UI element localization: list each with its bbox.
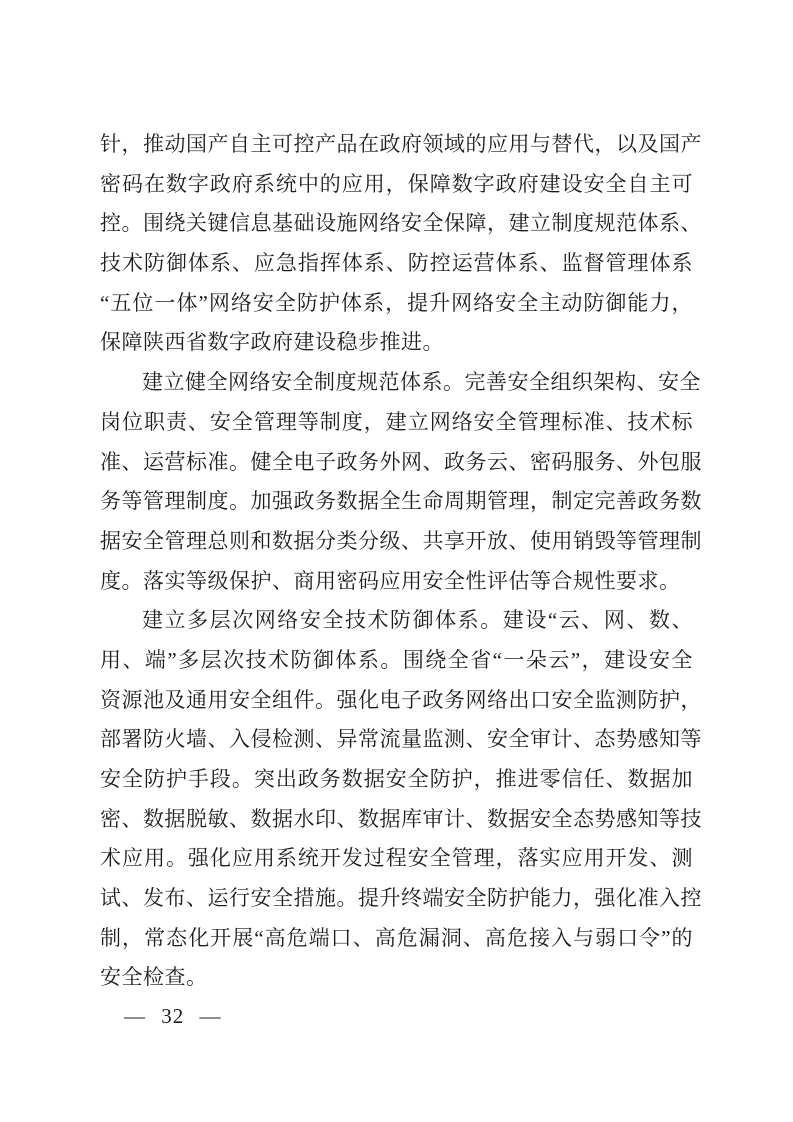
text-line: 试、发布、运行安全措施。提升终端安全防护能力，强化准入控 [100, 879, 693, 919]
text-line: 岗位职责、安全管理等制度，建立网络安全管理标准、技术标 [100, 403, 693, 443]
text-line: 术应用。强化应用系统开发过程安全管理，落实应用开发、测 [100, 839, 693, 879]
text-line: 控。围绕关键信息基础设施网络安全保障，建立制度规范体系、 [100, 204, 693, 244]
text-line: 密、数据脱敏、数据水印、数据库审计、数据安全态势感知等技 [100, 800, 693, 840]
document-body: 针，推动国产自主可控产品在政府领域的应用与替代，以及国产 密码在数字政府系统中的… [100, 125, 693, 998]
text-line: 制，常态化开展“高危端口、高危漏洞、高危接入与弱口令”的 [100, 919, 693, 959]
text-line: 度。落实等级保护、商用密码应用安全性评估等合规性要求。 [100, 562, 693, 602]
document-page: 针，推动国产自主可控产品在政府领域的应用与替代，以及国产 密码在数字政府系统中的… [0, 0, 793, 1122]
text-line: 安全检查。 [100, 958, 693, 998]
text-line: 建立多层次网络安全技术防御体系。建设“云、网、数、 [100, 601, 693, 641]
text-line: 据安全管理总则和数据分类分级、共享开放、使用销毁等管理制 [100, 522, 693, 562]
text-line: 技术防御体系、应急指挥体系、防控运营体系、监督管理体系 [100, 244, 693, 284]
text-line: 准、运营标准。健全电子政务外网、政务云、密码服务、外包服 [100, 443, 693, 483]
text-line: 针，推动国产自主可控产品在政府领域的应用与替代，以及国产 [100, 125, 693, 165]
paragraph: 针，推动国产自主可控产品在政府领域的应用与替代，以及国产 密码在数字政府系统中的… [100, 125, 693, 363]
text-line: 部署防火墙、入侵检测、异常流量监测、安全审计、态势感知等 [100, 720, 693, 760]
page-number: — 32 — [124, 1004, 222, 1028]
page-footer: — 32 — [124, 1002, 222, 1030]
paragraph: 建立健全网络安全制度规范体系。完善安全组织架构、安全 岗位职责、安全管理等制度，… [100, 363, 693, 601]
text-line: 安全防护手段。突出政务数据安全防护，推进零信任、数据加 [100, 760, 693, 800]
text-line: 务等管理制度。加强政务数据全生命周期管理，制定完善政务数 [100, 482, 693, 522]
text-line: 密码在数字政府系统中的应用，保障数字政府建设安全自主可 [100, 165, 693, 205]
paragraph: 建立多层次网络安全技术防御体系。建设“云、网、数、 用、端”多层次技术防御体系。… [100, 601, 693, 998]
text-line: 保障陕西省数字政府建设稳步推进。 [100, 323, 693, 363]
text-line: 用、端”多层次技术防御体系。围绕全省“一朵云”，建设安全 [100, 641, 693, 681]
text-line: 建立健全网络安全制度规范体系。完善安全组织架构、安全 [100, 363, 693, 403]
text-line: 资源池及通用安全组件。强化电子政务网络出口安全监测防护， [100, 681, 693, 721]
text-line: “五位一体”网络安全防护体系，提升网络安全主动防御能力， [100, 284, 693, 324]
